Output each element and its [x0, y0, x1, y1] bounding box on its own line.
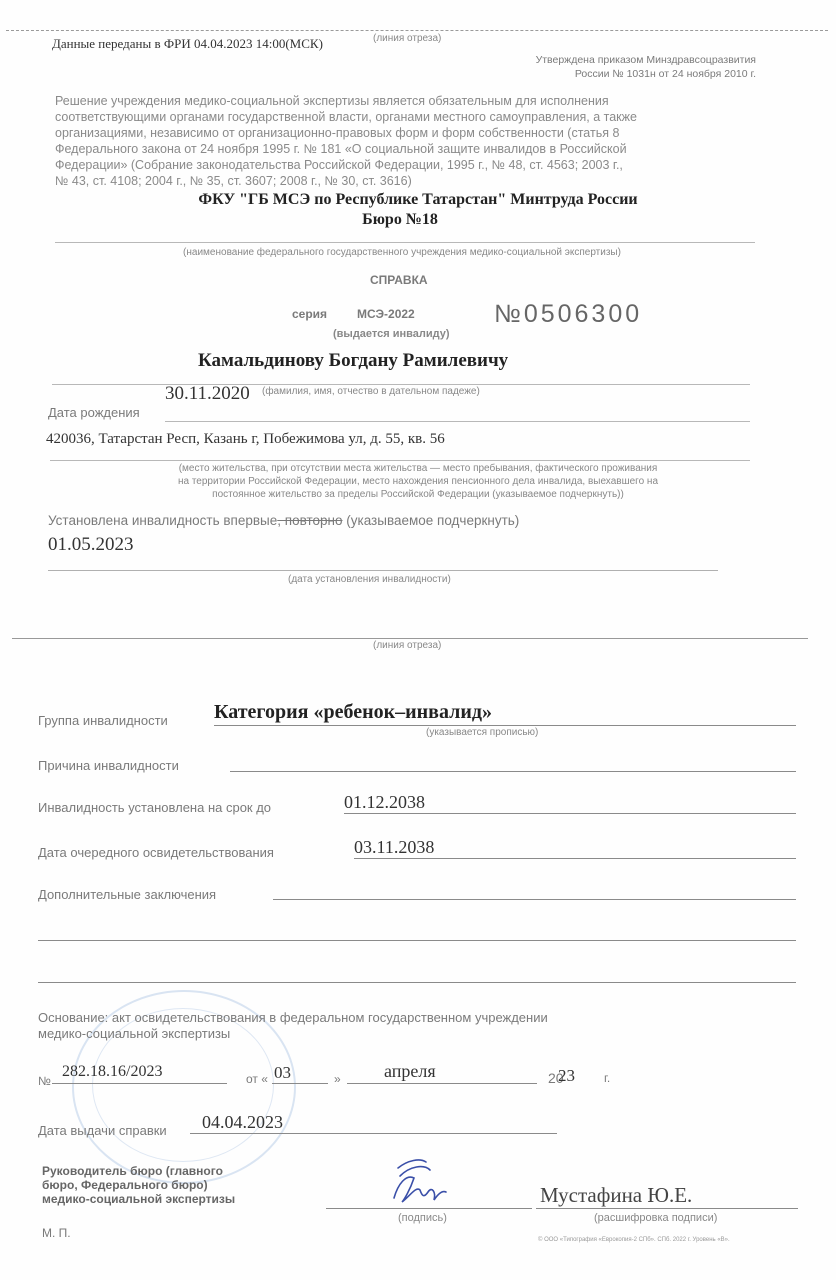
established-date: 01.05.2023	[48, 534, 134, 556]
address: 420036, Татарстан Респ, Казань г, Побежи…	[46, 431, 445, 448]
next-exam-value: 03.11.2038	[354, 837, 434, 858]
signature-caption: (подпись)	[398, 1212, 447, 1224]
seal-place: М. П.	[42, 1226, 71, 1240]
term-value: 01.12.2038	[344, 792, 425, 813]
act-no-prefix: №	[38, 1074, 51, 1088]
act-number-line	[52, 1083, 227, 1084]
name-line	[52, 384, 750, 385]
middle-cut-line	[12, 638, 808, 639]
series-label: серия	[292, 307, 327, 321]
signer-caption: (расшифровка подписи)	[594, 1212, 717, 1224]
person-name: Камальдинову Богдану Рамилевичу	[198, 350, 508, 372]
group-value: Категория «ребенок–инвалид»	[214, 701, 492, 724]
act-day: 03	[274, 1063, 291, 1083]
series-value: МСЭ-2022	[357, 307, 415, 321]
institution-name-line2: Бюро №18	[0, 211, 800, 229]
reason-line	[230, 771, 796, 772]
group-label: Группа инвалидности	[38, 713, 168, 728]
cut-line-label-top: (линия отреза)	[373, 33, 441, 44]
issue-line	[190, 1133, 557, 1134]
established-label: Установлена инвалидность впервые, повтор…	[48, 513, 519, 528]
extra-line-3	[38, 982, 796, 983]
extra-line-1	[273, 899, 796, 900]
institution-line	[55, 242, 755, 243]
institution-name-line1: ФКУ "ГБ МСЭ по Республике Татарстан" Мин…	[0, 191, 836, 209]
next-exam-line	[354, 858, 796, 859]
certificate-title: СПРАВКА	[370, 273, 428, 287]
issue-date: 04.04.2023	[202, 1112, 283, 1133]
institution-caption: (наименование федерального государственн…	[0, 247, 804, 258]
signer-name: Мустафина Ю.Е.	[540, 1183, 692, 1208]
approved-line2: России № 1031н от 24 ноября 2010 г.	[575, 68, 756, 80]
act-quote: »	[334, 1072, 341, 1086]
term-line	[344, 813, 796, 814]
birth-line	[165, 421, 750, 422]
address-line	[50, 460, 750, 461]
extra-line-2	[38, 940, 796, 941]
birth-label: Дата рождения	[48, 405, 140, 420]
certificate-number: №0506300	[494, 300, 642, 329]
signature-icon	[380, 1156, 460, 1208]
birth-date: 30.11.2020	[165, 383, 250, 405]
group-caption: (указывается прописью)	[426, 727, 538, 738]
group-line	[214, 725, 796, 726]
act-number: 282.18.16/2023	[62, 1063, 162, 1081]
struck-option: , повторно	[277, 513, 342, 528]
term-label: Инвалидность установлена на срок до	[38, 800, 271, 815]
legal-text: Решение учреждения медико-социальной экс…	[55, 93, 637, 189]
transfer-note: Данные переданы в ФРИ 04.04.2023 14:00(М…	[52, 36, 323, 52]
basis-text: Основание: акт освидетельствования в фед…	[38, 1010, 548, 1042]
address-caption: (место жительства, при отсутствии места …	[0, 462, 836, 501]
act-month: апреля	[384, 1061, 436, 1082]
reason-label: Причина инвалидности	[38, 758, 179, 773]
next-exam-label: Дата очередного освидетельствования	[38, 845, 274, 860]
extra-label: Дополнительные заключения	[38, 887, 216, 902]
name-caption: (фамилия, имя, отчество в дательном паде…	[262, 386, 480, 397]
signer-line	[536, 1208, 798, 1209]
cut-line-label-middle: (линия отреза)	[373, 640, 441, 651]
issue-label: Дата выдачи справки	[38, 1123, 167, 1138]
signature-line	[326, 1208, 532, 1209]
act-year: 23	[558, 1066, 575, 1086]
issued-to-caption: (выдается инвалиду)	[333, 328, 450, 340]
act-year-suffix: г.	[604, 1071, 610, 1085]
act-month-line	[347, 1083, 537, 1084]
established-line	[48, 570, 718, 571]
head-title: Руководитель бюро (главного бюро, Федера…	[42, 1164, 235, 1206]
act-from: от «	[246, 1072, 268, 1086]
top-cut-line	[6, 30, 828, 31]
printer-note: © ООО «Типография «Еврокопия-2 СПб». СПб…	[538, 1237, 730, 1243]
approved-line1: Утверждена приказом Минздравсоцразвития	[536, 54, 756, 66]
act-day-line	[272, 1083, 328, 1084]
established-caption: (дата установления инвалидности)	[288, 574, 451, 585]
